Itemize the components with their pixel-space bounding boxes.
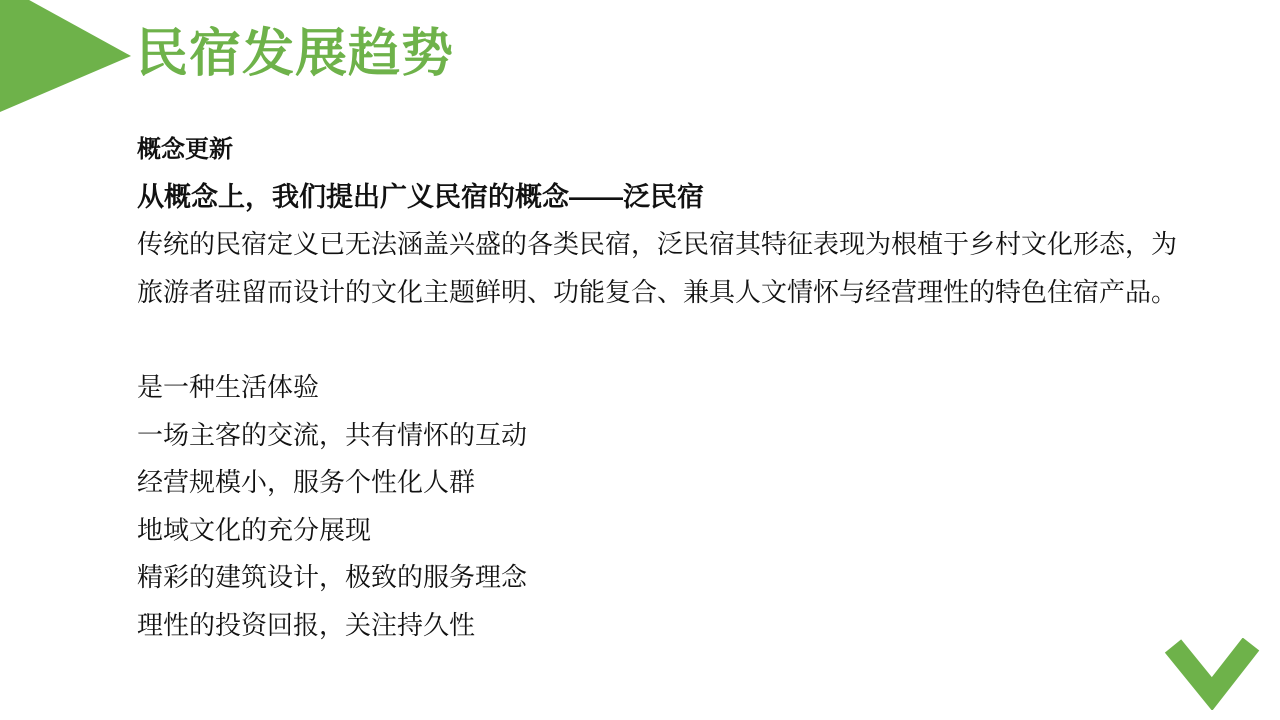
chevron-down-icon bbox=[1164, 638, 1260, 710]
list-item: 经营规模小，服务个性化人群 bbox=[137, 459, 1222, 507]
paragraph-line: 旅游者驻留而设计的文化主题鲜明、功能复合、兼具人文情怀与经营理性的特色住宿产品。 bbox=[137, 269, 1222, 317]
blank-line bbox=[137, 316, 1222, 364]
title-triangle-icon bbox=[0, 0, 132, 115]
page-title: 民宿发展趋势 bbox=[136, 24, 454, 84]
body-text-block: 概念更新 从概念上，我们提出广义民宿的概念——泛民宿 传统的民宿定义已无法涵盖兴… bbox=[137, 126, 1222, 650]
list-item: 理性的投资回报，关注持久性 bbox=[137, 602, 1222, 650]
list-item: 一场主客的交流，共有情怀的互动 bbox=[137, 412, 1222, 460]
list-item: 精彩的建筑设计，极致的服务理念 bbox=[137, 554, 1222, 602]
paragraph-line: 传统的民宿定义已无法涵盖兴盛的各类民宿，泛民宿其特征表现为根植于乡村文化形态，为 bbox=[137, 221, 1222, 269]
section-heading: 概念更新 bbox=[137, 126, 1222, 174]
subheading: 从概念上，我们提出广义民宿的概念——泛民宿 bbox=[137, 174, 1222, 222]
list-item: 是一种生活体验 bbox=[137, 364, 1222, 412]
slide: 民宿发展趋势 概念更新 从概念上，我们提出广义民宿的概念——泛民宿 传统的民宿定… bbox=[0, 0, 1280, 720]
list-item: 地域文化的充分展现 bbox=[137, 507, 1222, 555]
